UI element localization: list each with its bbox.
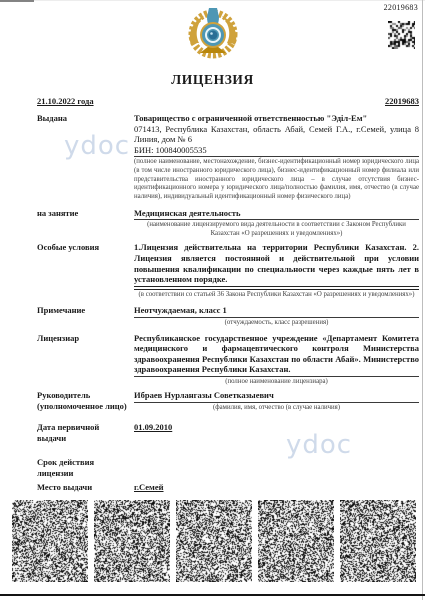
field-issued-to: Выдана Товарищество с ограниченной ответ…	[37, 113, 419, 202]
field-label-line1: Руководитель	[37, 390, 128, 401]
activity-value: Медицинская деятельность	[134, 208, 419, 219]
field-special-conditions: Особые условия 1.Лицензия действительна …	[37, 242, 419, 299]
field-caption: (наименование лицензируемого вида деятел…	[134, 221, 419, 238]
note-value: Неотчуждаемая, класс 1	[134, 305, 419, 316]
field-caption: (полное наименование лицензиара)	[134, 378, 419, 387]
issue-place-value: г.Семей	[134, 482, 164, 492]
field-label: Лицензиар	[37, 333, 134, 344]
field-label: Дата первичной выдачи	[37, 422, 134, 444]
page-top-edge	[0, 0, 425, 1]
barcode-strip	[12, 500, 416, 582]
field-label: Срок действия лицензии	[37, 457, 134, 479]
date-number-row: 21.10.2022 года 22019683	[37, 96, 419, 106]
field-first-issue-date: Дата первичной выдачи 01.09.2010	[37, 422, 419, 444]
field-label: Особые условия	[37, 242, 134, 253]
license-number: 22019683	[385, 96, 419, 106]
barcode-block	[176, 500, 252, 582]
field-head-person: Руководитель (уполномоченное лицо) Ибрае…	[37, 390, 419, 412]
field-label: Место выдачи	[37, 482, 134, 493]
field-rule	[134, 402, 419, 403]
field-caption: (отчуждаемость, класс разрешения)	[134, 319, 419, 328]
barcode-block	[258, 500, 334, 582]
qr-code	[388, 21, 415, 49]
barcode-block	[94, 500, 170, 582]
field-rule	[134, 317, 419, 318]
licensee-name: Товарищество с ограниченной ответственно…	[134, 113, 419, 124]
licensor-value: Республиканское государственное учрежден…	[134, 333, 419, 375]
field-rule	[134, 376, 419, 377]
field-note: Примечание Неотчуждаемая, класс 1 (отчуж…	[37, 305, 419, 327]
field-label: Выдана	[37, 113, 134, 124]
issue-date: 21.10.2022 года	[37, 96, 94, 106]
field-caption: (фамилия, имя, отчество (в случае наличи…	[134, 404, 419, 413]
field-caption: (полное наименование, местонахождение, б…	[134, 158, 419, 201]
field-label-line2: (уполномоченное лицо)	[37, 401, 128, 412]
field-label: Примечание	[37, 305, 134, 316]
field-rule	[134, 156, 419, 157]
field-rule-double	[134, 286, 419, 290]
document-title: ЛИЦЕНЗИЯ	[0, 72, 425, 88]
license-document-page: 22019683 ЛИЦЕНЗИЯ ydoc ydoc 21.10.2022 г…	[0, 0, 425, 600]
document-body: 21.10.2022 года 22019683 Выдана Товарище…	[37, 96, 419, 493]
field-label: на занятие	[37, 208, 134, 219]
first-issue-date-value: 01.09.2010	[134, 422, 172, 432]
field-issue-place: Место выдачи г.Семей	[37, 482, 419, 493]
page-right-border	[422, 0, 423, 600]
field-licensor: Лицензиар Республиканское государственно…	[37, 333, 419, 387]
barcode-block	[340, 500, 416, 582]
field-validity: Срок действия лицензии	[37, 457, 419, 479]
page-bottom-border	[0, 594, 425, 596]
field-rule	[134, 219, 419, 220]
field-caption: (в соответствии со статьей 36 Закона Рес…	[134, 291, 419, 300]
scan-corner-artifact	[0, 0, 34, 2]
document-number-top: 22019683	[384, 3, 418, 12]
special-conditions-value: 1.Лицензия действительна на территории Р…	[134, 242, 419, 284]
field-label: Руководитель (уполномоченное лицо)	[37, 390, 134, 412]
licensee-bin: БИН: 100840005535	[134, 145, 419, 156]
barcode-block	[12, 500, 88, 582]
field-activity: на занятие Медицинская деятельность (наи…	[37, 208, 419, 239]
licensee-address: 071413, Республика Казахстан, область Аб…	[134, 124, 419, 145]
kazakhstan-emblem-icon	[186, 7, 240, 64]
head-person-value: Ибраев Нурлангазы Советказыевич	[134, 390, 419, 401]
